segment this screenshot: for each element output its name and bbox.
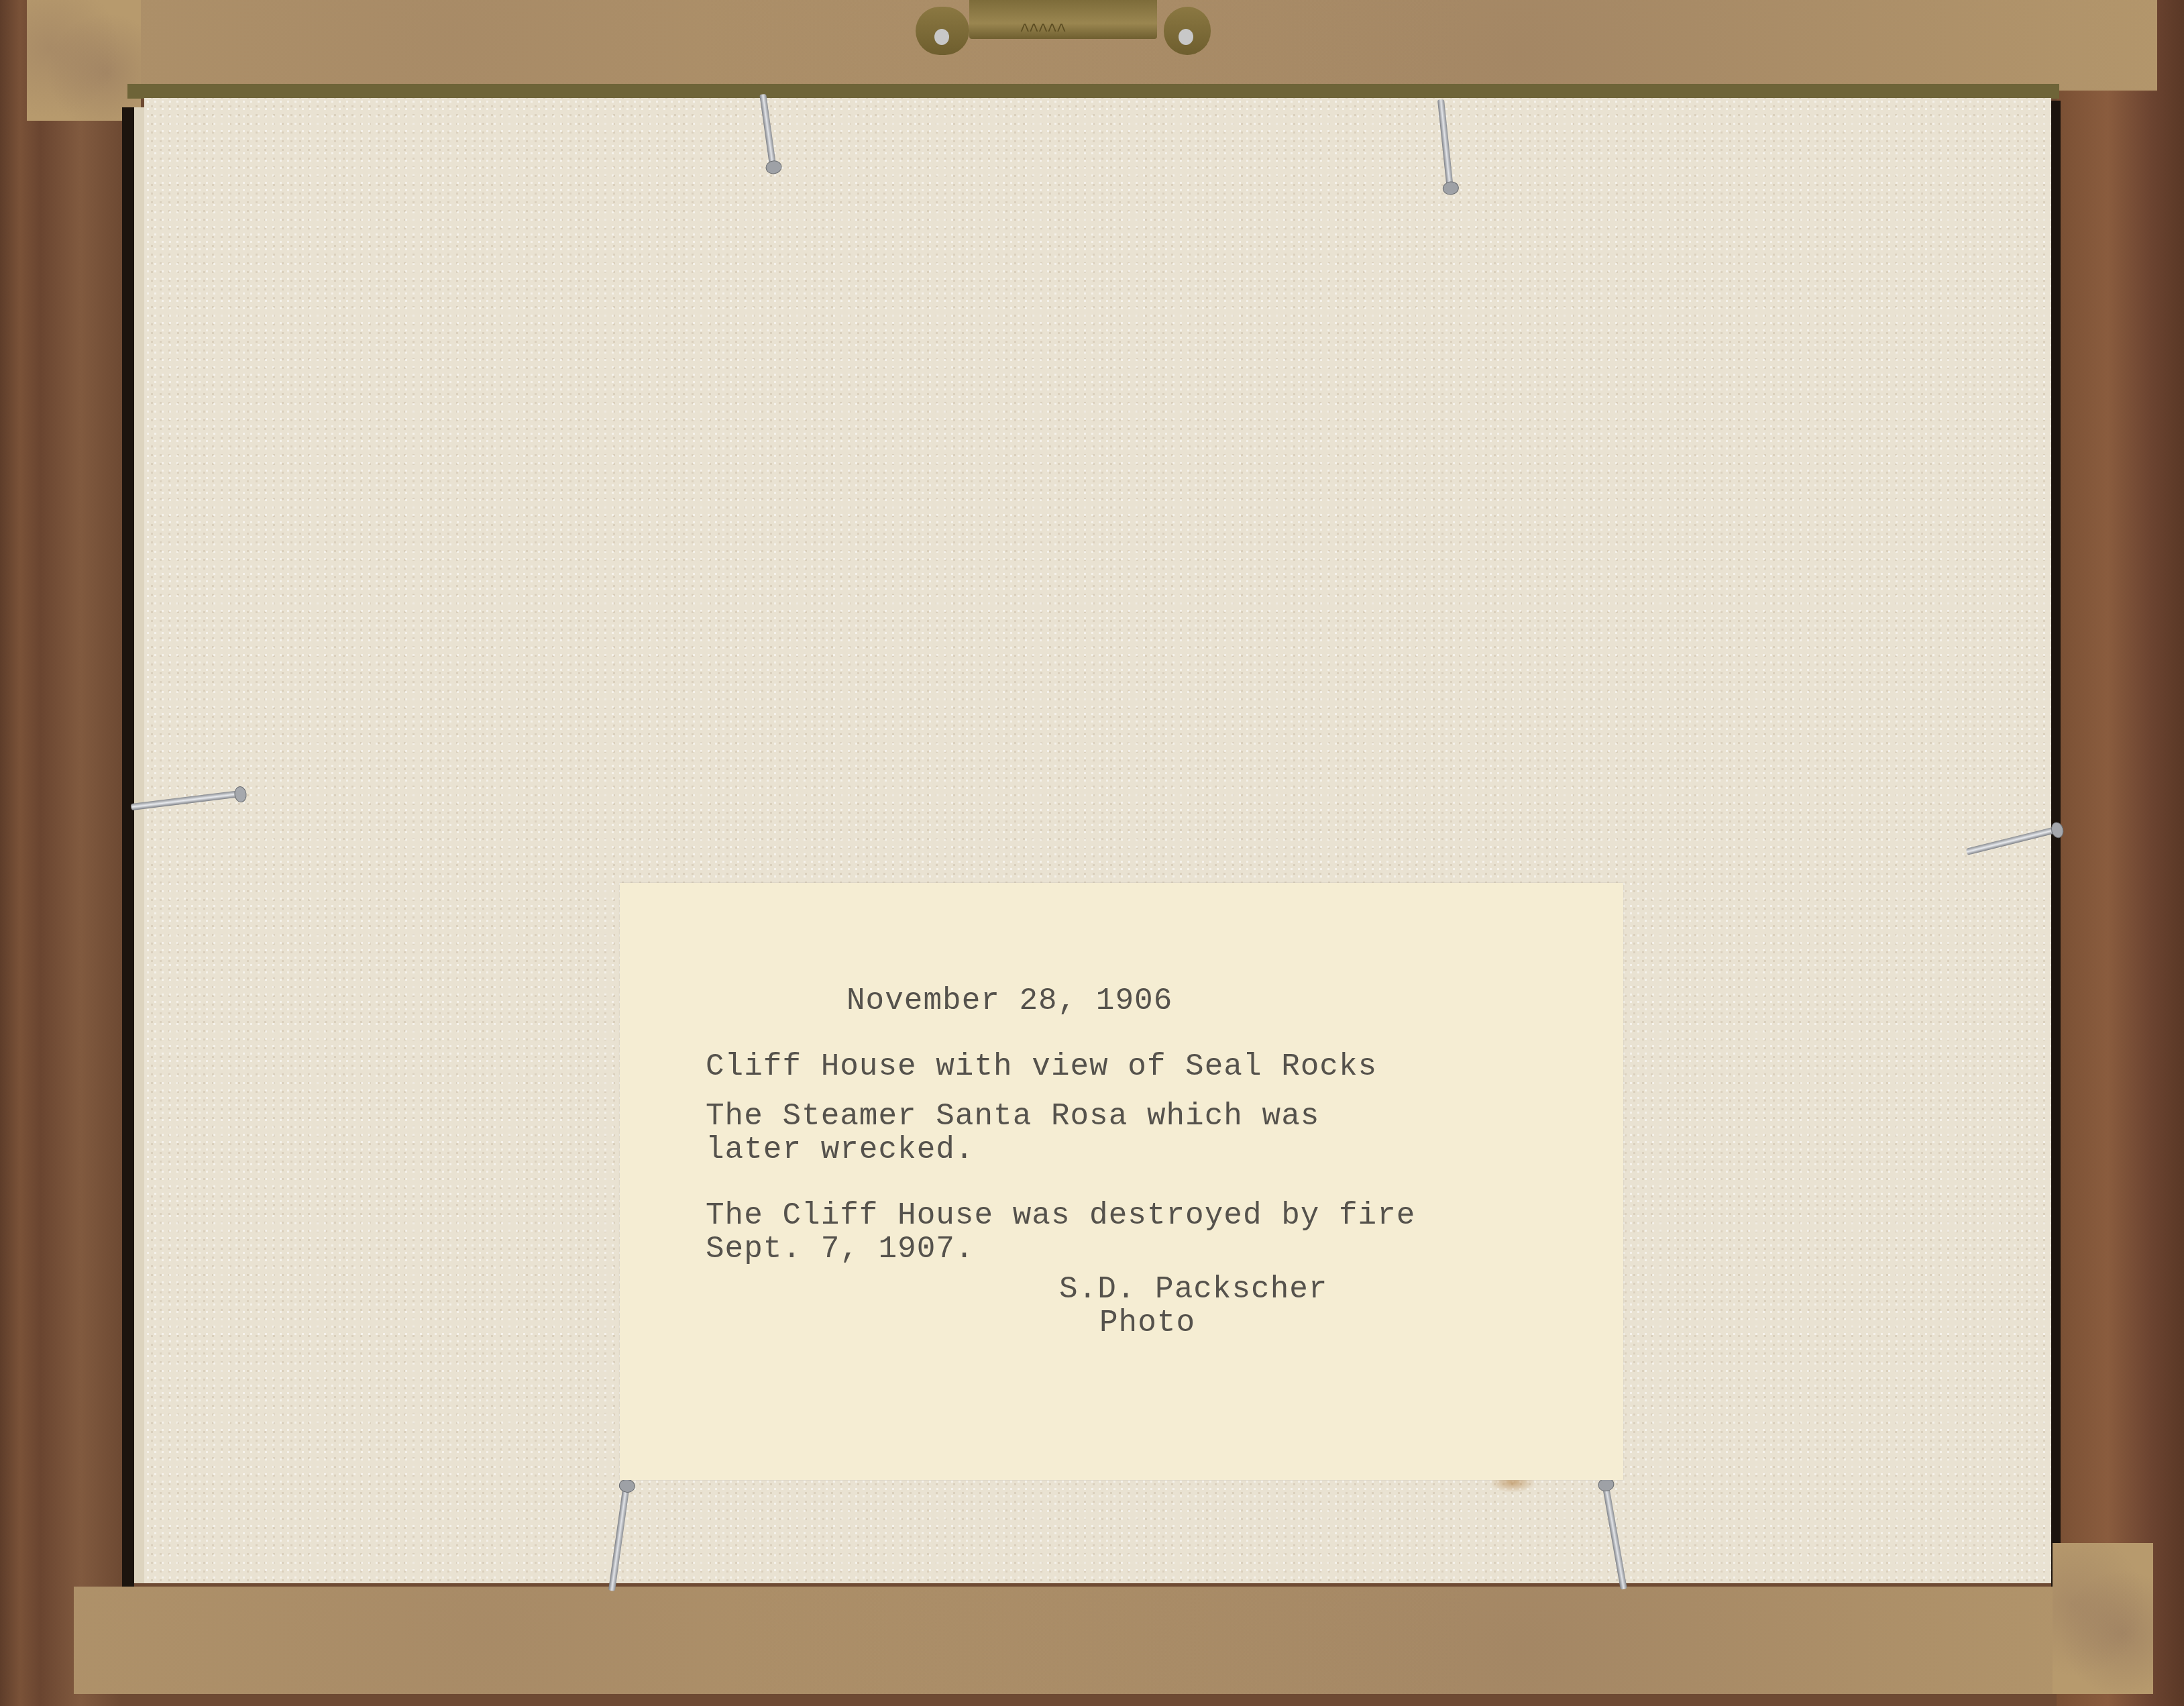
frame-right-side [2057,0,2184,1706]
label-title: Cliff House with view of Seal Rocks [706,1049,1377,1084]
typed-label-card: November 28, 1906 Cliff House with view … [620,883,1623,1480]
label-note2-line1: The Cliff House was destroyed by fire [706,1198,1415,1233]
label-date: November 28, 1906 [847,983,1172,1018]
tape-corner-bottom-right [2053,1543,2153,1694]
sawtooth-hanger-icon: ^^^^^ [882,0,1278,56]
frame-gap-left [122,107,134,1590]
tape-corner-top-left [27,0,141,121]
hanger-teeth: ^^^^^ [1020,21,1107,40]
label-note1-line2: later wrecked. [706,1132,974,1167]
screw-icon [934,29,949,45]
label-credit-role: Photo [1099,1305,1195,1340]
screw-icon [1179,29,1193,45]
hanger-ear-left [916,7,969,55]
frame-inner-lip [127,84,2059,99]
hanger-ear-right [1164,7,1211,55]
frame-gap-right [2051,101,2061,1587]
label-note2-line2: Sept. 7, 1907. [706,1232,974,1267]
label-note1-line1: The Steamer Santa Rosa which was [706,1099,1319,1134]
label-credit-name: S.D. Packscher [1059,1272,1327,1307]
tape-bottom [74,1587,2140,1694]
